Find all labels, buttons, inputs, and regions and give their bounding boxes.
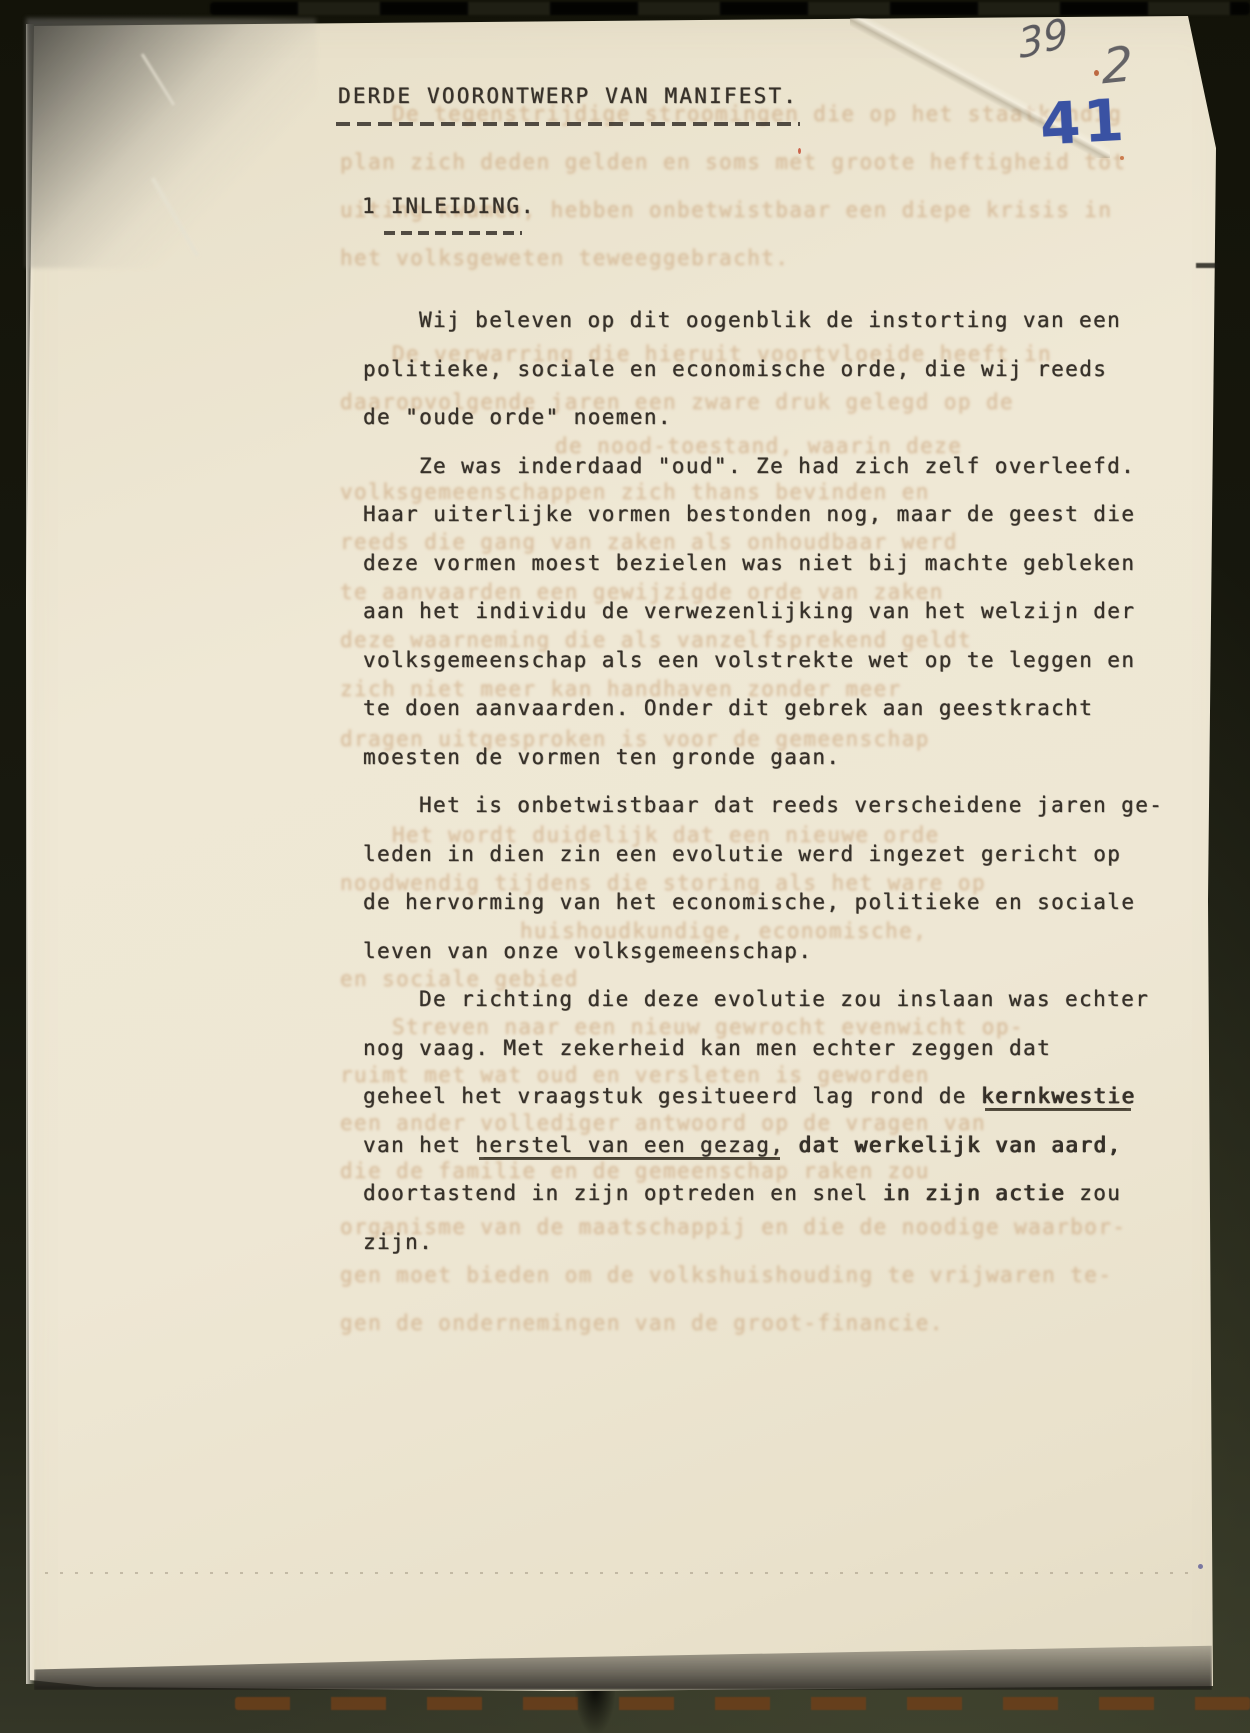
text-segment: Ze was inderdaad "oud". Ze had zich zelf…: [419, 454, 1135, 478]
scan-background: { "document": { "title": "DERDE VOORONTW…: [0, 0, 1250, 1733]
typed-line: te doen aanvaarden. Onder dit gebrek aan…: [363, 684, 1163, 733]
shadow-smudge-below-page: [575, 1686, 615, 1733]
ink-speck: [1120, 156, 1124, 160]
typed-line: de "oude orde" noemen.: [363, 393, 1163, 442]
typed-line: leden in dien zin een evolutie werd inge…: [363, 830, 1163, 879]
text-segment: te doen aanvaarden. Onder dit gebrek aan…: [363, 696, 1093, 720]
typed-line: de hervorming van het economische, polit…: [363, 878, 1163, 927]
binding-slots-top: [210, 2, 1250, 15]
heading-underline: [384, 231, 522, 235]
typed-line: moesten de vormen ten gronde gaan.: [363, 733, 1163, 782]
text-segment: De richting die deze evolutie zou inslaa…: [419, 987, 1149, 1011]
typed-line: nog vaag. Met zekerheid kan men echter z…: [363, 1024, 1163, 1073]
ink-speck: [1094, 70, 1099, 76]
ink-speck: [1198, 1564, 1203, 1569]
typed-line: volksgemeenschap als een volstrekte wet …: [363, 636, 1163, 685]
text-segment: leden in dien zin een evolutie werd inge…: [363, 842, 1121, 866]
typed-line: van het herstel van een gezag, dat werke…: [363, 1121, 1163, 1170]
text-segment: van het: [363, 1133, 475, 1157]
emphasized-text: dat werkelijk van aard,: [798, 1133, 1121, 1157]
text-segment: Het is onbetwistbaar dat reeds verscheid…: [419, 793, 1163, 817]
text-segment: zijn.: [363, 1230, 433, 1254]
document-title: DERDE VOORONTWERP VAN MANIFEST.: [338, 84, 798, 108]
text-segment: doortastend in zijn optreden en snel: [363, 1181, 883, 1205]
corner-smudge: [26, 18, 316, 268]
typed-line: aan het individu de verwezenlijking van …: [363, 587, 1163, 636]
text-segment: Wij beleven op dit oogenblik de instorti…: [419, 308, 1121, 332]
typed-line: politieke, sociale en economische orde, …: [363, 345, 1163, 394]
text-segment: geheel het vraagstuk gesitueerd lag rond…: [363, 1084, 981, 1108]
ink-speck: [798, 148, 801, 154]
title-underline: [336, 122, 800, 126]
blue-folio-number-41: 41: [1038, 86, 1128, 158]
typed-line: deze vormen moest bezielen was niet bij …: [363, 539, 1163, 588]
typed-line: Ze was inderdaad "oud". Ze had zich zelf…: [363, 442, 1163, 491]
faint-perforation-line: [45, 1572, 1195, 1574]
typed-line: De richting die deze evolutie zou inslaa…: [363, 975, 1163, 1024]
typed-line: Haar uiterlijke vormen bestonden nog, ma…: [363, 490, 1163, 539]
text-segment: Haar uiterlijke vormen bestonden nog, ma…: [363, 502, 1135, 526]
text-segment: leven van onze volksgemeenschap.: [363, 939, 812, 963]
typed-line: Het is onbetwistbaar dat reeds verscheid…: [363, 781, 1163, 830]
text-segment: de "oude orde" noemen.: [363, 405, 672, 429]
typed-line: Wij beleven op dit oogenblik de instorti…: [363, 296, 1163, 345]
text-segment: nog vaag. Met zekerheid kan men echter z…: [363, 1036, 1051, 1060]
typed-line: zijn.: [363, 1218, 1163, 1267]
typed-line: doortastend in zijn optreden en snel in …: [363, 1169, 1163, 1218]
text-segment: aan het individu de verwezenlijking van …: [363, 599, 1135, 623]
typed-line: geheel het vraagstuk gesitueerd lag rond…: [363, 1072, 1163, 1121]
page-left-edge-highlight: [26, 24, 35, 1684]
binding-stitches-bottom: [235, 1697, 1250, 1710]
emphasized-text: in zijn actie: [883, 1181, 1066, 1205]
edge-notch: [1196, 263, 1218, 268]
text-segment: [784, 1133, 798, 1157]
text-segment: zou: [1065, 1181, 1121, 1205]
text-segment: moesten de vormen ten gronde gaan.: [363, 745, 840, 769]
typed-line: leven van onze volksgemeenschap.: [363, 927, 1163, 976]
section-heading: 1 INLEIDING.: [362, 194, 535, 218]
typed-lines: Wij beleven op dit oogenblik de instorti…: [363, 296, 1163, 1266]
underlined-text: kernkwestie: [981, 1084, 1135, 1108]
underlined-text: herstel van een gezag,: [475, 1133, 784, 1157]
text-segment: politieke, sociale en economische orde, …: [363, 357, 1107, 381]
text-segment: de hervorming van het economische, polit…: [363, 890, 1135, 914]
text-segment: deze vormen moest bezielen was niet bij …: [363, 551, 1135, 575]
text-segment: volksgemeenschap als een volstrekte wet …: [363, 648, 1135, 672]
